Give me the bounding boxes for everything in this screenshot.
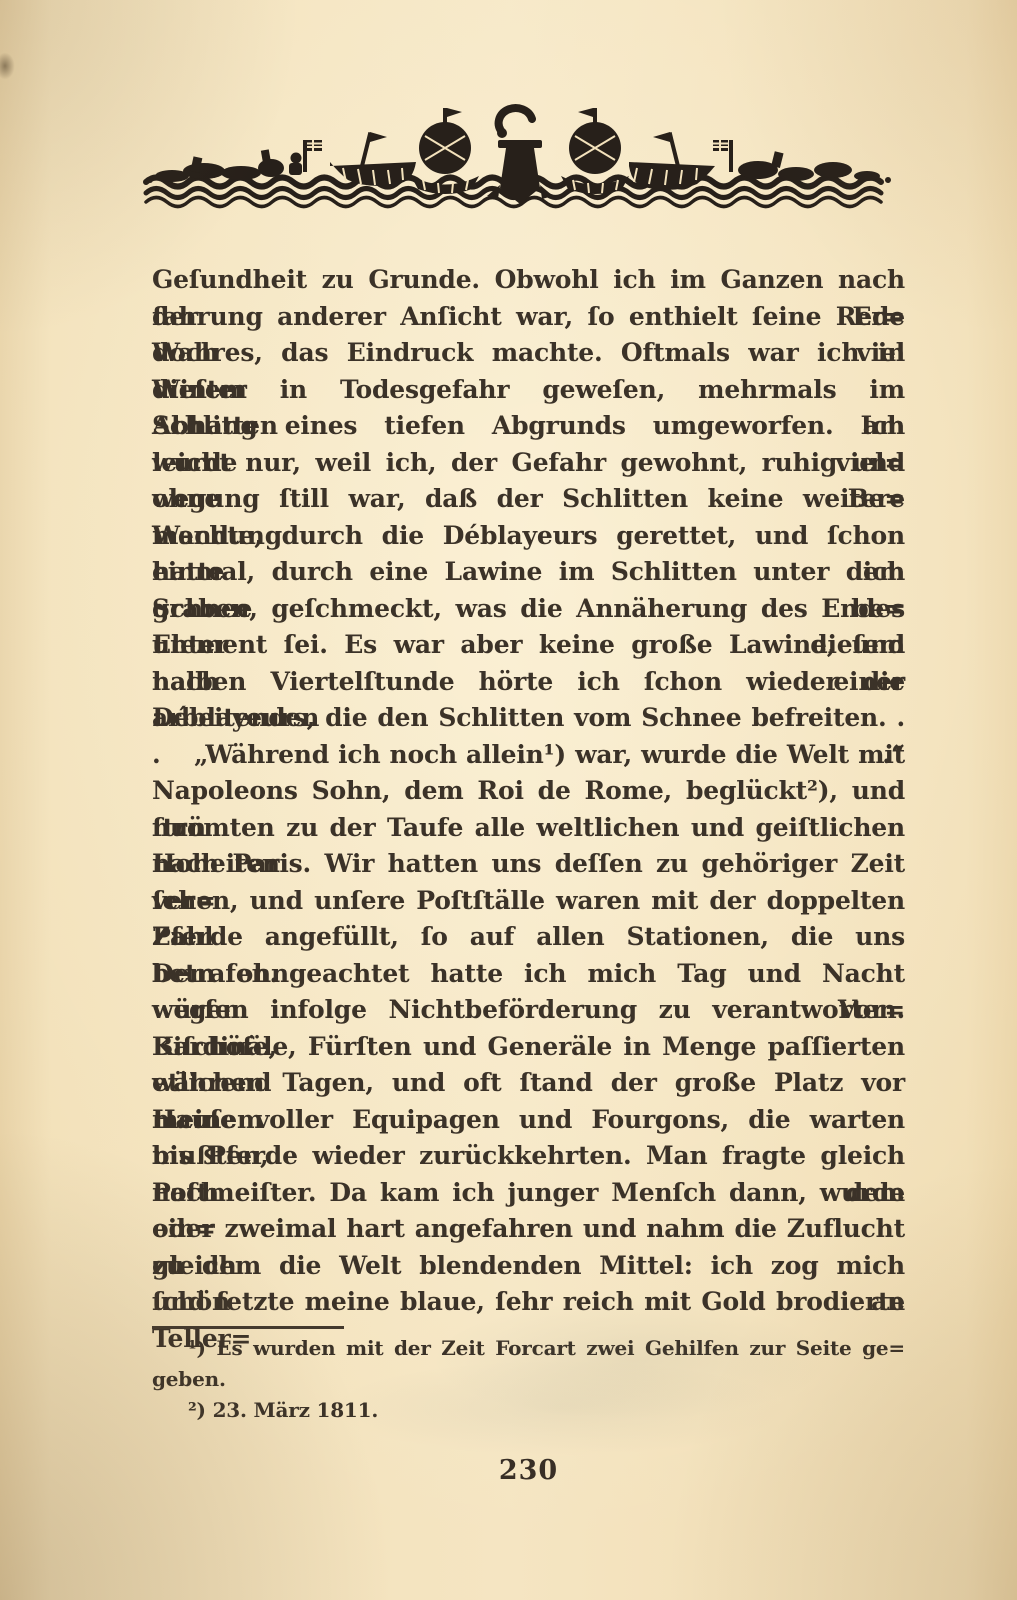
text-line: Napoleons Sohn, dem Roi de Rome, beglück… (152, 773, 905, 810)
text-line: Kardinäle, Fürſten und Generäle in Menge… (152, 1029, 905, 1066)
text-line: Geſundheit zu Grunde. Obwohl ich im Ganz… (152, 262, 905, 299)
scan-smudge (0, 48, 18, 84)
body-text: Geſundheit zu Grunde. Obwohl ich im Ganz… (152, 262, 905, 1321)
text-line: zu dem die Welt blendenden Mittel: ich z… (152, 1248, 905, 1285)
text-line: Pferde angefüllt, ſo auf allen Stationen… (152, 919, 905, 956)
text-line: graben, geſchmeckt, was die Annäherung d… (152, 591, 905, 628)
text-line: fahrung anderer Anſicht war, ſo enthielt… (152, 299, 905, 336)
footnote-rule (152, 1326, 344, 1329)
text-line: ſehen, und unſere Poſtſtälle waren mit d… (152, 883, 905, 920)
text-line: leicht nur, weil ich, der Gefahr gewohnt… (152, 445, 905, 482)
page-number: 230 (152, 1455, 905, 1486)
text-line: wegung ſtill war, daß der Schlitten kein… (152, 481, 905, 518)
text-line: „Während ich noch allein¹) war, wurde di… (152, 737, 905, 774)
text-line: machte, durch die Déblayeurs gerettet, u… (152, 518, 905, 555)
footnotes: ¹) Es wurden mit der Zeit Forcart zwei G… (152, 1333, 905, 1426)
text-line: Poſtmeiſter. Da kam ich junger Menſch da… (152, 1175, 905, 1212)
text-line: würfen infolge Nichtbeförderung zu veran… (152, 992, 905, 1029)
text-line: Winter in Todesgefahr geweſen, mehrmals … (152, 372, 905, 409)
page-root: { "page": { "paper_color": "#f3e2bc", "i… (0, 0, 1017, 1600)
text-line: bis Pferde wieder zurückkehrten. Man fra… (152, 1138, 905, 1175)
text-line: einmal, durch eine Lawine im Schlitten u… (152, 554, 905, 591)
text-line: oder zweimal hart angefahren und nahm di… (152, 1211, 905, 1248)
text-line: nach Paris. Wir hatten uns deſſen zu geh… (152, 846, 905, 883)
text-line: ſtrömten zu der Taufe alle weltlichen un… (152, 810, 905, 847)
text-line: Hauſe voller Equipagen und Fourgons, die… (152, 1102, 905, 1139)
scanned-page-paper: Geſundheit zu Grunde. Obwohl ich im Ganz… (0, 0, 1017, 1600)
text-line: und ſetzte meine blaue, ſehr reich mit G… (152, 1284, 905, 1321)
footnote-line: geben. (152, 1364, 905, 1395)
text-line: Element ſei. Es war aber keine große Law… (152, 627, 905, 664)
text-line: Déblayeurs, die den Schlitten vom Schnee… (152, 700, 905, 737)
footnote-line: ¹) Es wurden mit der Zeit Forcart zwei G… (152, 1333, 905, 1364)
text-line: etlichen Tagen, und oft ſtand der große … (152, 1065, 905, 1102)
text-line: Wahres, das Eindruck machte. Oftmals war… (152, 335, 905, 372)
text-line: Abhang eines tiefen Abgrunds umgeworfen.… (152, 408, 905, 445)
footnote-line: ²) 23. März 1811. (152, 1395, 905, 1426)
text-line: halben Viertelſtunde hörte ich ſchon wie… (152, 664, 905, 701)
basel-woodcut-ornament (140, 98, 900, 210)
text-line: Dem ohngeachtet hatte ich mich Tag und N… (152, 956, 905, 993)
